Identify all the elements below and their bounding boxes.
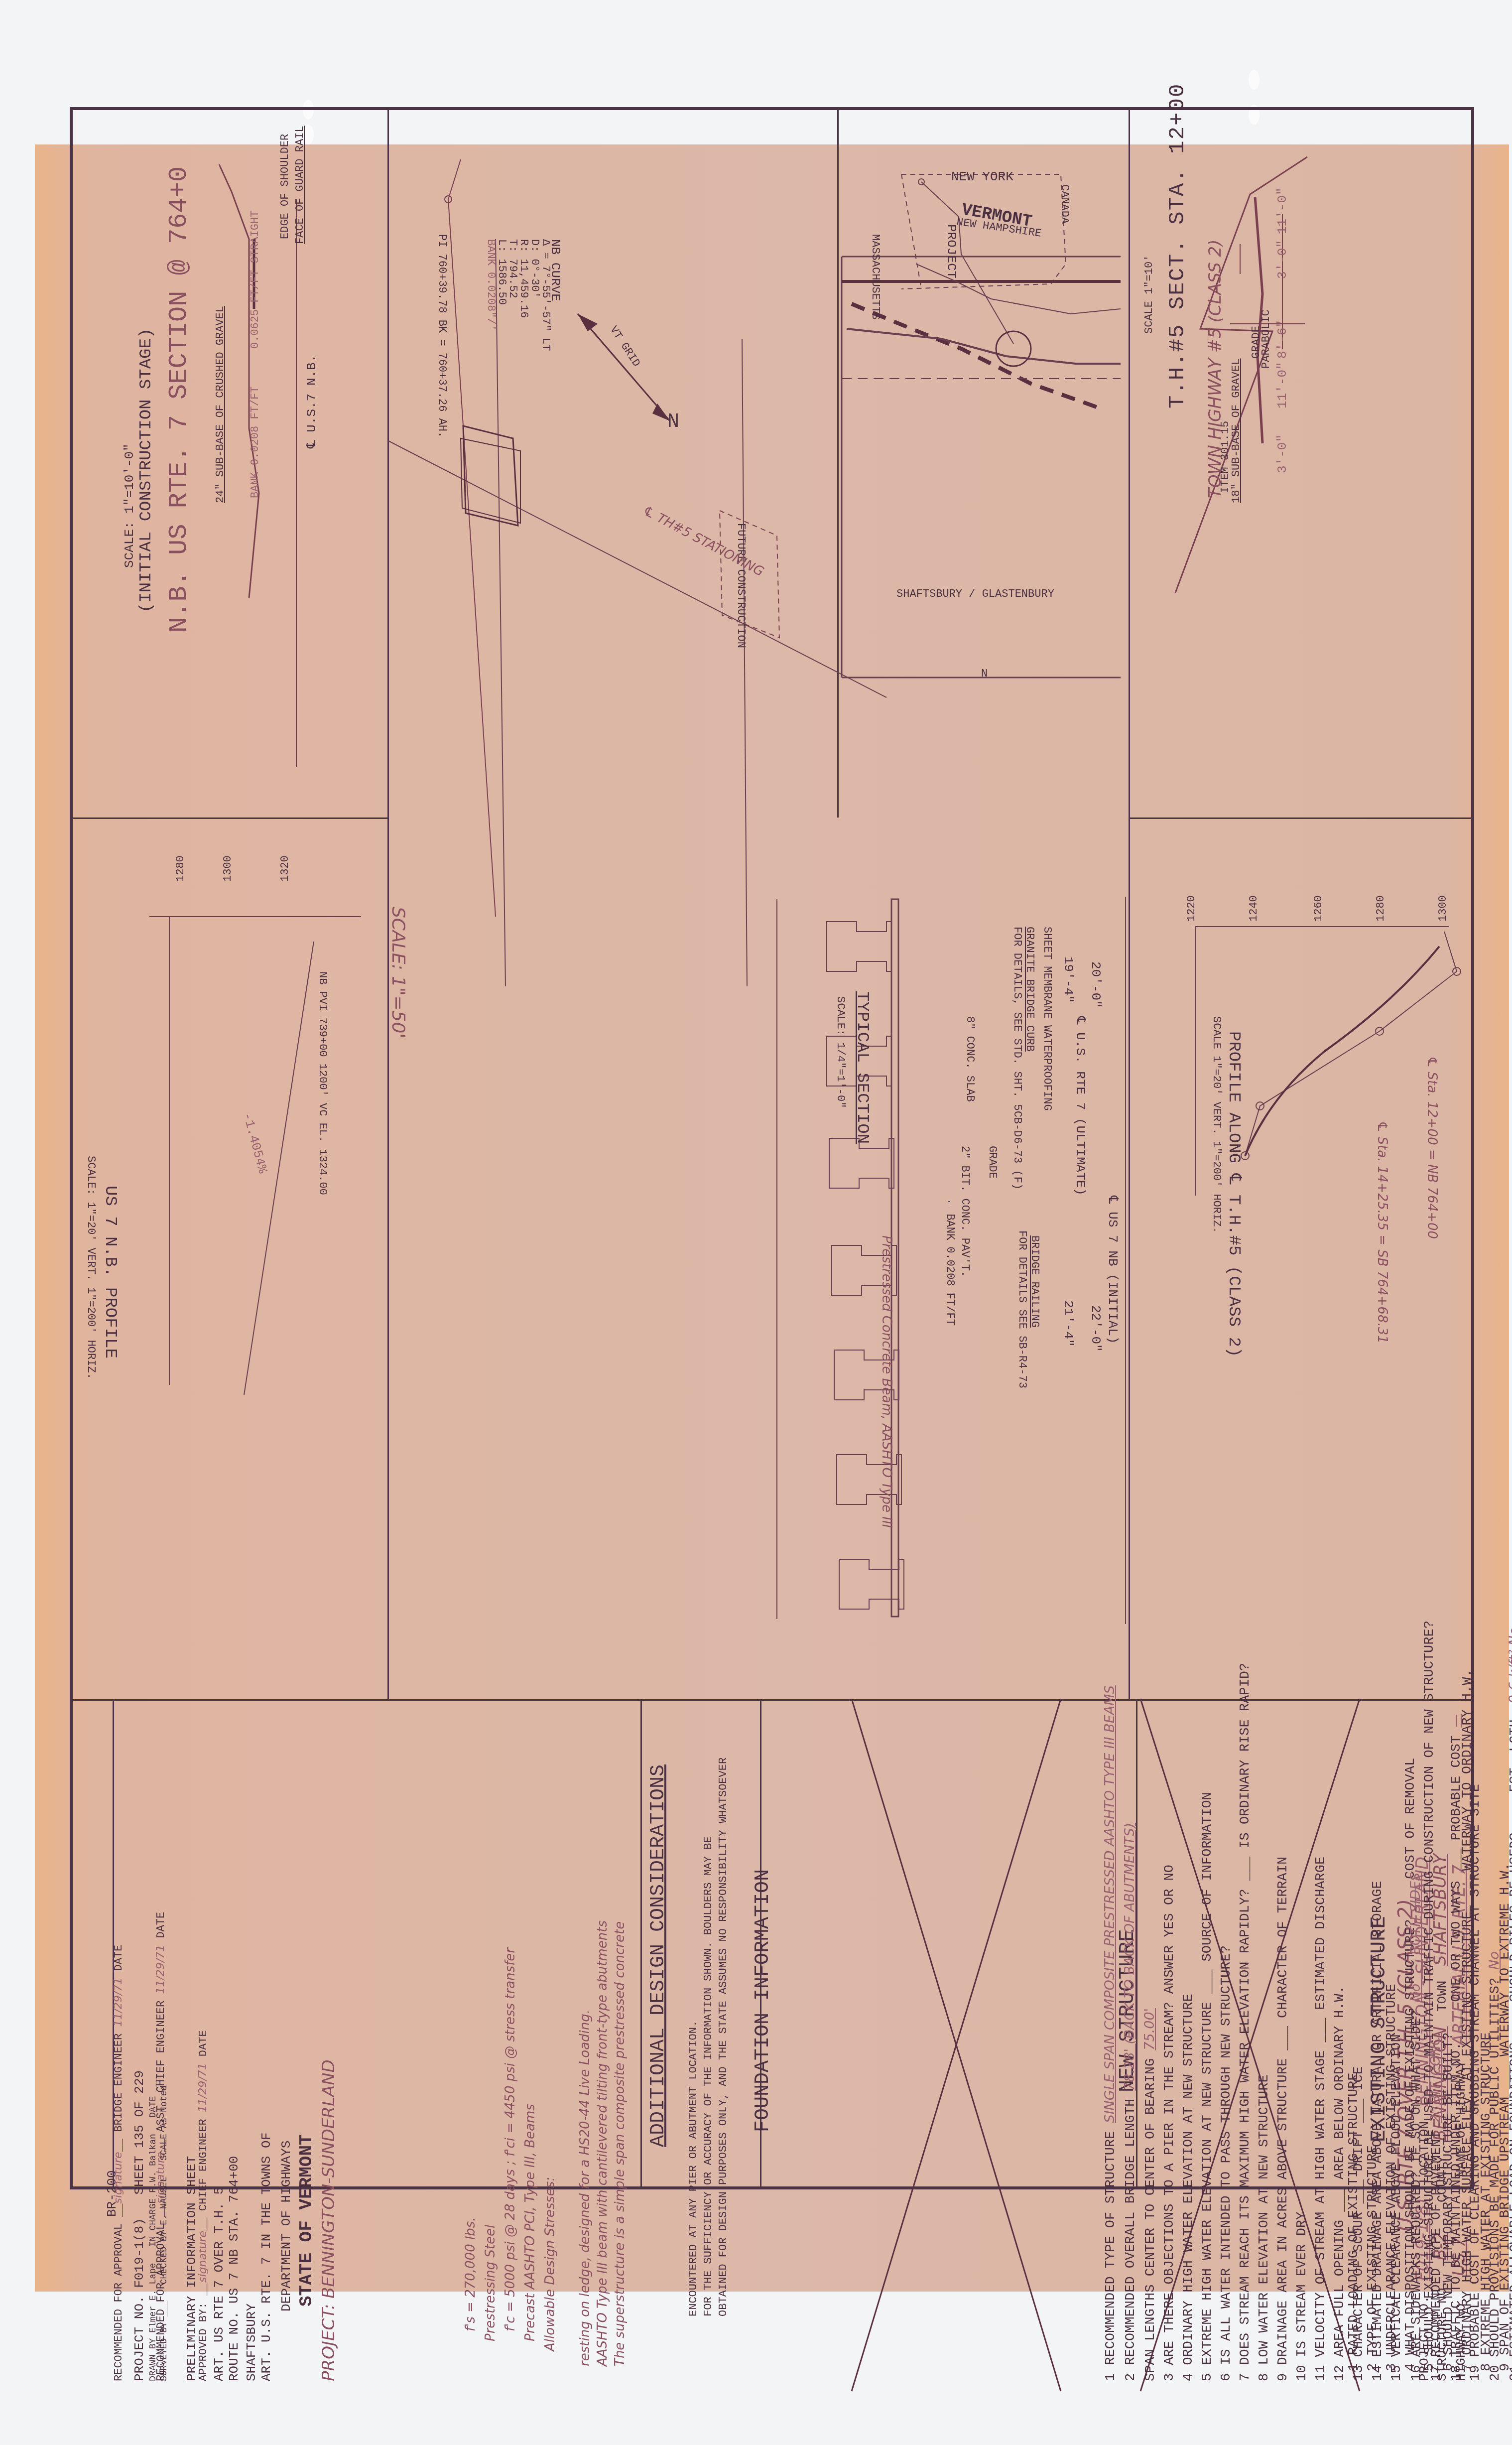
th5-scale: SCALE 1"=10' (1143, 255, 1155, 334)
bank-label: ← BANK 0.0208 FT/FT (944, 1201, 956, 1326)
new-structure-cross (852, 1699, 1061, 2391)
nb-curve-t: T: 794.52 (506, 239, 519, 298)
title-drawn-by: DRAWN BY Elmer E. Lape IN CHARGE F.W. Ba… (148, 2074, 158, 2381)
curb-note: FOR DETAILS, SEE STD. SHT. 5CB-D6-73 (F) (1011, 927, 1023, 1190)
th5-ytick-1240: 1240 (1248, 895, 1260, 922)
new-item-5: 5 EXTREME HIGH WATER ELEVATION AT NEW ST… (1198, 1694, 1217, 2381)
typical-section-scale: SCALE: 1/4"=1'-0" (834, 996, 847, 1108)
new-item-20: 20 SHOULD PROVISIONS BE MADE FOR PUBLIC … (1485, 1694, 1505, 2381)
title-line-4: ART. US RTE 7 OVER T.H. 5 (212, 2187, 227, 2381)
th5-profile-title: PROFILE ALONG ℄ T.H.#5 (CLASS 2) (1224, 1031, 1245, 1357)
th5-profile-note1: ℄ Sta. 12+00 = NB 764+00 (1424, 1056, 1439, 1239)
us7-ytick-1280: 1280 (174, 855, 187, 882)
title-state: STATE OF VERMONT (296, 2134, 317, 2307)
map-shaftsbury-glastenbury: SHAFTSBURY / GLASTENBURY (896, 588, 1054, 600)
design-paragraph-1: The superstructure is a simple span comp… (613, 1921, 628, 2366)
new-item-9: 9 DRAINAGE AREA IN ACRES ABOVE STRUCTURE… (1274, 1694, 1293, 2381)
design-title: ADDITIONAL DESIGN CONSIDERATIONS (647, 1765, 670, 2147)
title-dept: DEPARTMENT OF HIGHWAYS (279, 2141, 294, 2311)
nb-section-title: N.B. US RTE. 7 SECTION @ 764+0 (164, 166, 194, 633)
title-line-2: SHAFTSBURY (244, 2304, 259, 2381)
title-surveyed-by: SURVEYED BY ___ CHECKED BY E. NAUSEL SCA… (159, 2085, 169, 2381)
design-paragraph-3: resting on ledge, designed for a HS20-44… (578, 2010, 593, 2366)
new-item-3: 3 ARE THERE OBJECTIONS TO A PIER IN THE … (1160, 1694, 1179, 2381)
railing-label: BRIDGE RAILING (1028, 1235, 1041, 1328)
north-arrow-label: N (667, 411, 679, 433)
grade-label: GRADE (986, 1146, 999, 1179)
new-item-2b: SPAN LENGTHS CENTER TO CENTER OF BEARING… (1140, 1694, 1160, 2381)
new-item-21: 21 ESTIMATED ALLOWABLE LOAD ON FOUNDATIO… (1505, 1694, 1512, 2381)
th5-profile-scale: SCALE 1"=20' VERT. 1"=200' HORIZ. (1210, 1016, 1223, 1233)
dim-20-0: 20'-0" (1088, 961, 1103, 1008)
nb-curve-bank: BANK 0.0208"/' (485, 239, 497, 331)
map-north-arrow: N (981, 668, 988, 680)
th5-dim-11-0b: 11'-0" (1275, 362, 1290, 408)
th5-subbase: 18" SUB-BASE OF GRAVEL (1230, 359, 1243, 503)
slab-label: 8" CONC. SLAB (964, 1016, 976, 1102)
new-item-2: 2 RECOMMENDED OVERALL BRIDGE LENGTH 78.2… (1121, 1694, 1140, 2381)
th5-grade: GRADE (1250, 326, 1262, 359)
nb-subbase: 24" SUB-BASE OF CRUSHED GRAVEL (214, 306, 227, 503)
nb-curve-delta: Δ = 7°-55'-57" LT (539, 239, 552, 351)
typical-section-title: TYPICAL SECTION (853, 991, 872, 1144)
th5-profile-note2: ℄ Sta. 14+25.35 = SB 764+68.31 (1375, 1121, 1389, 1344)
new-item-16: 16 ARE SIDEWALKS REQUIRED? IF SO ON WHAT… (1406, 1694, 1426, 2381)
plan-view-drawing (388, 139, 886, 986)
us7-profile-title: US 7 N.B. PROFILE (101, 1186, 120, 1358)
us7-pvi: NB PVI 739+00 1200' VC EL. 1324.00 (316, 971, 329, 1195)
foundation-line-2: FOR THE SUFFICIENCY OR ACCURACY OF THE I… (702, 1836, 715, 2316)
map-new-york: NEW YORK (951, 169, 1013, 184)
nb-curve-l: L: 1586.50 (496, 239, 508, 305)
map-canada: CANADA (1058, 184, 1071, 224)
nb-edge-shoulder-left: EDGE OF SHOULDER (279, 134, 291, 239)
new-item-13: 13 CHARACTER OF SCOUR ___ DRIFT ___ ICE (1350, 1694, 1369, 2381)
nb-curve-d: D: 0°-30' (528, 239, 541, 298)
new-item-8: 8 LOW WATER ELEVATION AT NEW STRUCTURE (1255, 1694, 1274, 2381)
cl-us7-nb-initial: ℄ US 7 NB (INITIAL) (1105, 1196, 1121, 1344)
design-paragraph-2: AASHTO Type III beam with cantilevered t… (595, 1920, 610, 2366)
th5-dim-8-6: 8'-6" (1275, 320, 1290, 359)
punch-hole (1249, 70, 1260, 90)
th5-ytick-1300: 1300 (1437, 895, 1449, 922)
th5-title: T.H.#5 SECT. STA. 12+00 (1165, 83, 1190, 408)
design-stresses-title: Allowable Design Stresses: (543, 2177, 558, 2351)
design-steel: Prestressing Steel (483, 2225, 498, 2341)
new-item-19: 19 PROBABLE COST OF CLEARING AND GRUBBIN… (1466, 1694, 1485, 2381)
nb-face-guard-rail-left: FACE OF GUARD RAIL (294, 126, 306, 244)
foundation-title: FOUNDATION INFORMATION (752, 1869, 774, 2132)
th5-dim-3-0b: 3'-0" (1275, 434, 1290, 473)
dim-21-4: 21'-4" (1061, 1300, 1076, 1347)
new-structure-list: 1 RECOMMENDED TYPE OF STRUCTURE SINGLE S… (1101, 1694, 1512, 2381)
foundation-line-1: OBTAINED FOR DESIGN PURPOSES ONLY, AND T… (717, 1758, 730, 2316)
pi-station: PI 760+39.78 BK = 760+37.26 AH. (436, 234, 448, 438)
curb-label: GRANITE BRIDGE CURB (1023, 927, 1036, 1052)
th5-dim-3-0: 3'-0" (1275, 240, 1290, 279)
nb-straight: 0.0625 FT/FT STRAIGHT (249, 211, 261, 349)
dim-19-4: 19'-4" (1061, 956, 1076, 1003)
new-item-12: 12 AREA FULL OPENING ___ AREA BELOW ORDI… (1331, 1694, 1350, 2381)
map-project-label: PROJECT (944, 224, 959, 278)
nb-curve-r: R: 11,459.16 (517, 239, 530, 318)
new-item-7: 7 DOES STREAM REACH ITS MAXIMUM HIGH WAT… (1236, 1694, 1255, 2381)
th5-subtitle: TOWN HIGHWAY #5 (CLASS 2) (1205, 240, 1225, 498)
plan-scale: SCALE: 1"=50' (388, 907, 408, 1038)
us7-ytick-1320: 1320 (279, 855, 291, 882)
foundation-line-3: ENCOUNTERED AT ANY PIER OR ABUTMENT LOCA… (687, 2021, 700, 2316)
th5-ytick-1260: 1260 (1312, 895, 1325, 922)
th5-ytick-1280: 1280 (1375, 895, 1387, 922)
new-item-1: 1 RECOMMENDED TYPE OF STRUCTURE SINGLE S… (1101, 1694, 1121, 2381)
us7-ytick-1300: 1300 (222, 855, 234, 882)
new-item-18: 18 TRAFFIC TO BE MAINTAINED UNDER ITEM N… (1446, 1694, 1466, 2381)
new-item-4: 4 ORDINARY HIGH WATER ELEVATION AT NEW S… (1179, 1694, 1198, 2381)
new-item-11: 11 VELOCITY OF STREAM AT HIGH WATER STAG… (1312, 1694, 1331, 2381)
title-sheet-title: PRELIMINARY INFORMATION SHEET (184, 2156, 199, 2381)
nb-section-scale: SCALE: 1"=10'-0" (122, 443, 137, 568)
membrane-label: SHEET MEMBRANE WATERPROOFING (1041, 927, 1053, 1111)
new-item-17: 17 RECOMMENDED TYPE OF PAVEMENT 2" BIT. … (1426, 1694, 1446, 2381)
railing-note: FOR DETAILS SEE SB-R4-73 (1016, 1230, 1028, 1388)
design-precast: Precast AASHTO PCI, Type III, Beams (523, 2104, 538, 2341)
design-fs: f's = 270,000 lbs. (463, 2217, 478, 2331)
nb-centerline: ℄ U.S.7 N.B. (304, 355, 319, 448)
pavt-label: 2" BIT. CONC. PAV'T. (959, 1146, 971, 1277)
design-fc: f'c = 5000 psi @ 28 days ; f'ci = 4450 p… (503, 1948, 518, 2331)
beam-label: Prestressed Concrete Beam, AASHTO Type I… (879, 1235, 894, 1528)
title-project: PROJECT: BENNINGTON-SUNDERLAND (319, 2059, 339, 2381)
new-item-14: 14 ESTIMATED DRAINAGE AREA ABOVE NATURAL… (1369, 1694, 1387, 2381)
new-item-6: 6 IS ALL WATER INTENDED TO PASS THROUGH … (1217, 1694, 1236, 2381)
title-form-number: BR-200 (105, 2170, 120, 2217)
nb-bank: BANK 0.0208 FT/FT (249, 387, 261, 498)
th5-ytick-1220: 1220 (1185, 895, 1198, 922)
title-line-1: ART. U.S. RTE. 7 IN THE TOWNS OF (259, 2133, 274, 2381)
title-project-sheet: PROJECT NO. F019-1(8) SHEET 135 OF 229 (132, 2070, 147, 2381)
divider (640, 1699, 642, 2189)
dim-22-0: 22'-0" (1088, 1305, 1103, 1352)
us7-profile-scale: SCALE: 1"=20' VERT. 1"=200' HORIZ. (85, 1156, 97, 1379)
us7-profile-chart (149, 887, 374, 1485)
new-item-10: 10 IS STREAM EVER DRY (1293, 1694, 1312, 2381)
future-construction-label: FUTURE CONSTRUCTION (735, 523, 747, 648)
title-line-3: ROUTE NO. US 7 NB STA. 764+00 (227, 2156, 242, 2381)
th5-dim-11-0a: 11'-0" (1275, 187, 1290, 234)
cl-us7-ultimate: ℄ U.S. RTE 7 (ULTIMATE) (1073, 1016, 1088, 1196)
new-item-15: 15 VERTICAL CLEARANCE ABOVE FLOOD ELEVAT… (1387, 1694, 1406, 2381)
nb-section-subtitle: (INITIAL CONSTRUCTION STAGE) (137, 328, 156, 613)
